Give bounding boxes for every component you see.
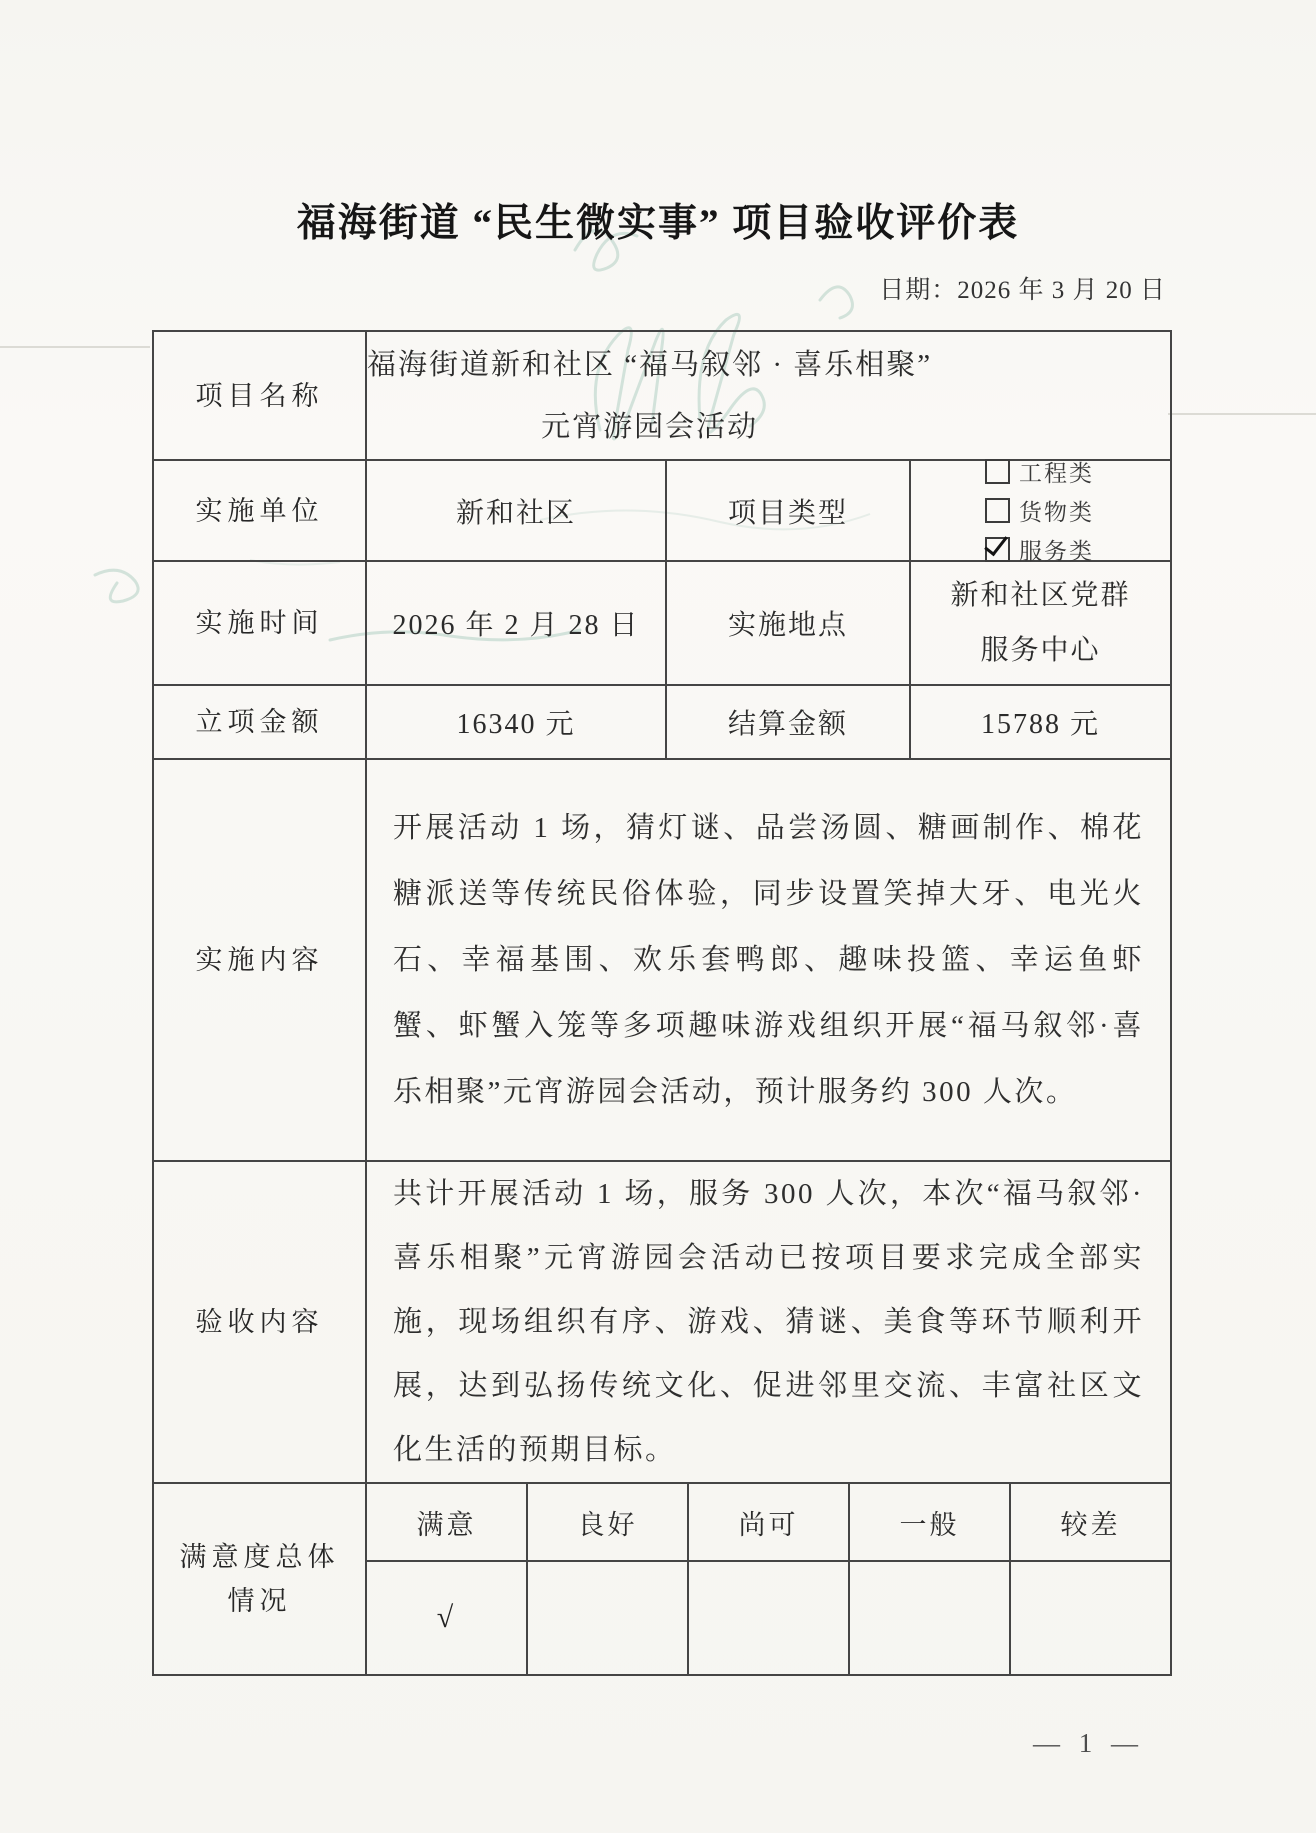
satisfaction-empty-cell: [526, 1562, 687, 1674]
implement-content-text: 开展活动 1 场，猜灯谜、品尝汤圆、糖画制作、棉花糖派送等传统民俗体验，同步设置…: [393, 795, 1144, 1125]
row-project-name: 项目名称 福海街道新和社区 “福马叙邻 · 喜乐相聚” 元宵游园会活动: [154, 332, 1170, 459]
project-name-line2: 元宵游园会活动: [541, 396, 758, 458]
satisfaction-label-line2: 情况: [228, 1579, 292, 1623]
satisfaction-empty-cell: [1009, 1562, 1170, 1674]
satisfaction-grid: 满意 良好 尚可 一般 较差 √: [365, 1484, 1170, 1674]
row-satisfaction: 满意度总体 情况 满意 良好 尚可 一般 较差 √: [154, 1482, 1170, 1674]
row-amounts: 立项金额 16340 元 结算金额 15788 元: [154, 684, 1170, 758]
satisfaction-option-good: 良好: [526, 1484, 687, 1560]
project-type-label: 项目类型: [728, 491, 848, 531]
implement-place-label: 实施地点: [728, 603, 848, 643]
checkbox-unchecked-icon: [985, 459, 1010, 484]
option-engineering-label: 工程类: [1019, 455, 1094, 488]
row-acceptance-content: 验收内容 共计开展活动 1 场，服务 300 人次，本次“福马叙邻·喜乐相聚”元…: [154, 1160, 1170, 1482]
satisfaction-label: 满意度总体 情况: [154, 1484, 365, 1674]
checkbox-unchecked-icon: [985, 498, 1010, 523]
implement-place-value: 新和社区党群 服务中心: [909, 562, 1170, 684]
satisfaction-empty-cell: [848, 1562, 1009, 1674]
evaluation-table: 项目名称 福海街道新和社区 “福马叙邻 · 喜乐相聚” 元宵游园会活动 实施单位…: [152, 330, 1172, 1676]
implement-content-label: 实施内容: [154, 760, 365, 1160]
satisfaction-option-poor: 较差: [1009, 1484, 1170, 1560]
satisfaction-value-row: √: [367, 1562, 1170, 1674]
option-goods-label: 货物类: [1019, 494, 1094, 527]
satisfaction-option-fair: 尚可: [687, 1484, 848, 1560]
implement-place-line1: 新和社区党群: [950, 568, 1130, 623]
implement-time-value: 2026 年 2 月 28 日: [392, 603, 639, 643]
page-number: — 1 —: [1033, 1728, 1144, 1759]
scan-artifact-line: [0, 346, 150, 348]
implement-unit-label: 实施单位: [154, 461, 365, 560]
checkbox-checked-icon: [985, 537, 1010, 562]
project-type-options: 工程类 货物类 服务类: [909, 461, 1170, 560]
satisfaction-label-line1: 满意度总体: [180, 1535, 340, 1579]
date-line: 日期：2026 年 3 月 20 日: [879, 270, 1166, 306]
project-name-value: 福海街道新和社区 “福马叙邻 · 喜乐相聚” 元宵游园会活动: [365, 332, 932, 459]
row-implement-time: 实施时间 2026 年 2 月 28 日 实施地点 新和社区党群 服务中心: [154, 560, 1170, 684]
settle-amount-value: 15788 元: [981, 702, 1100, 742]
project-name-line1: 福海街道新和社区 “福马叙邻 · 喜乐相聚”: [367, 334, 932, 396]
implement-place-line2: 服务中心: [980, 623, 1100, 678]
satisfaction-checkmark: √: [437, 1601, 456, 1635]
settle-amount-label: 结算金额: [728, 702, 848, 742]
project-amount-label: 立项金额: [154, 686, 365, 758]
acceptance-content-label: 验收内容: [154, 1162, 365, 1482]
scan-artifact-line: [1168, 413, 1316, 415]
page-title: 福海街道 “民生微实事” 项目验收评价表: [0, 192, 1316, 248]
satisfaction-header-row: 满意 良好 尚可 一般 较差: [367, 1484, 1170, 1562]
satisfaction-option-average: 一般: [848, 1484, 1009, 1560]
project-amount-value: 16340 元: [456, 702, 575, 742]
row-implement-unit: 实施单位 新和社区 项目类型 工程类 货物类 服务类: [154, 459, 1170, 560]
implement-time-label: 实施时间: [154, 562, 365, 684]
option-goods: 货物类: [985, 494, 1170, 527]
project-name-label: 项目名称: [154, 332, 365, 459]
document-page: 福海街道 “民生微实事” 项目验收评价表 日期：2026 年 3 月 20 日 …: [0, 0, 1316, 1833]
option-engineering: 工程类: [985, 455, 1170, 488]
row-implement-content: 实施内容 开展活动 1 场，猜灯谜、品尝汤圆、糖画制作、棉花糖派送等传统民俗体验…: [154, 758, 1170, 1160]
satisfaction-empty-cell: [687, 1562, 848, 1674]
satisfaction-option-satisfied: 满意: [367, 1484, 526, 1560]
acceptance-content-text: 共计开展活动 1 场，服务 300 人次，本次“福马叙邻·喜乐相聚”元宵游园会活…: [393, 1162, 1144, 1482]
implement-unit-value: 新和社区: [456, 491, 576, 531]
